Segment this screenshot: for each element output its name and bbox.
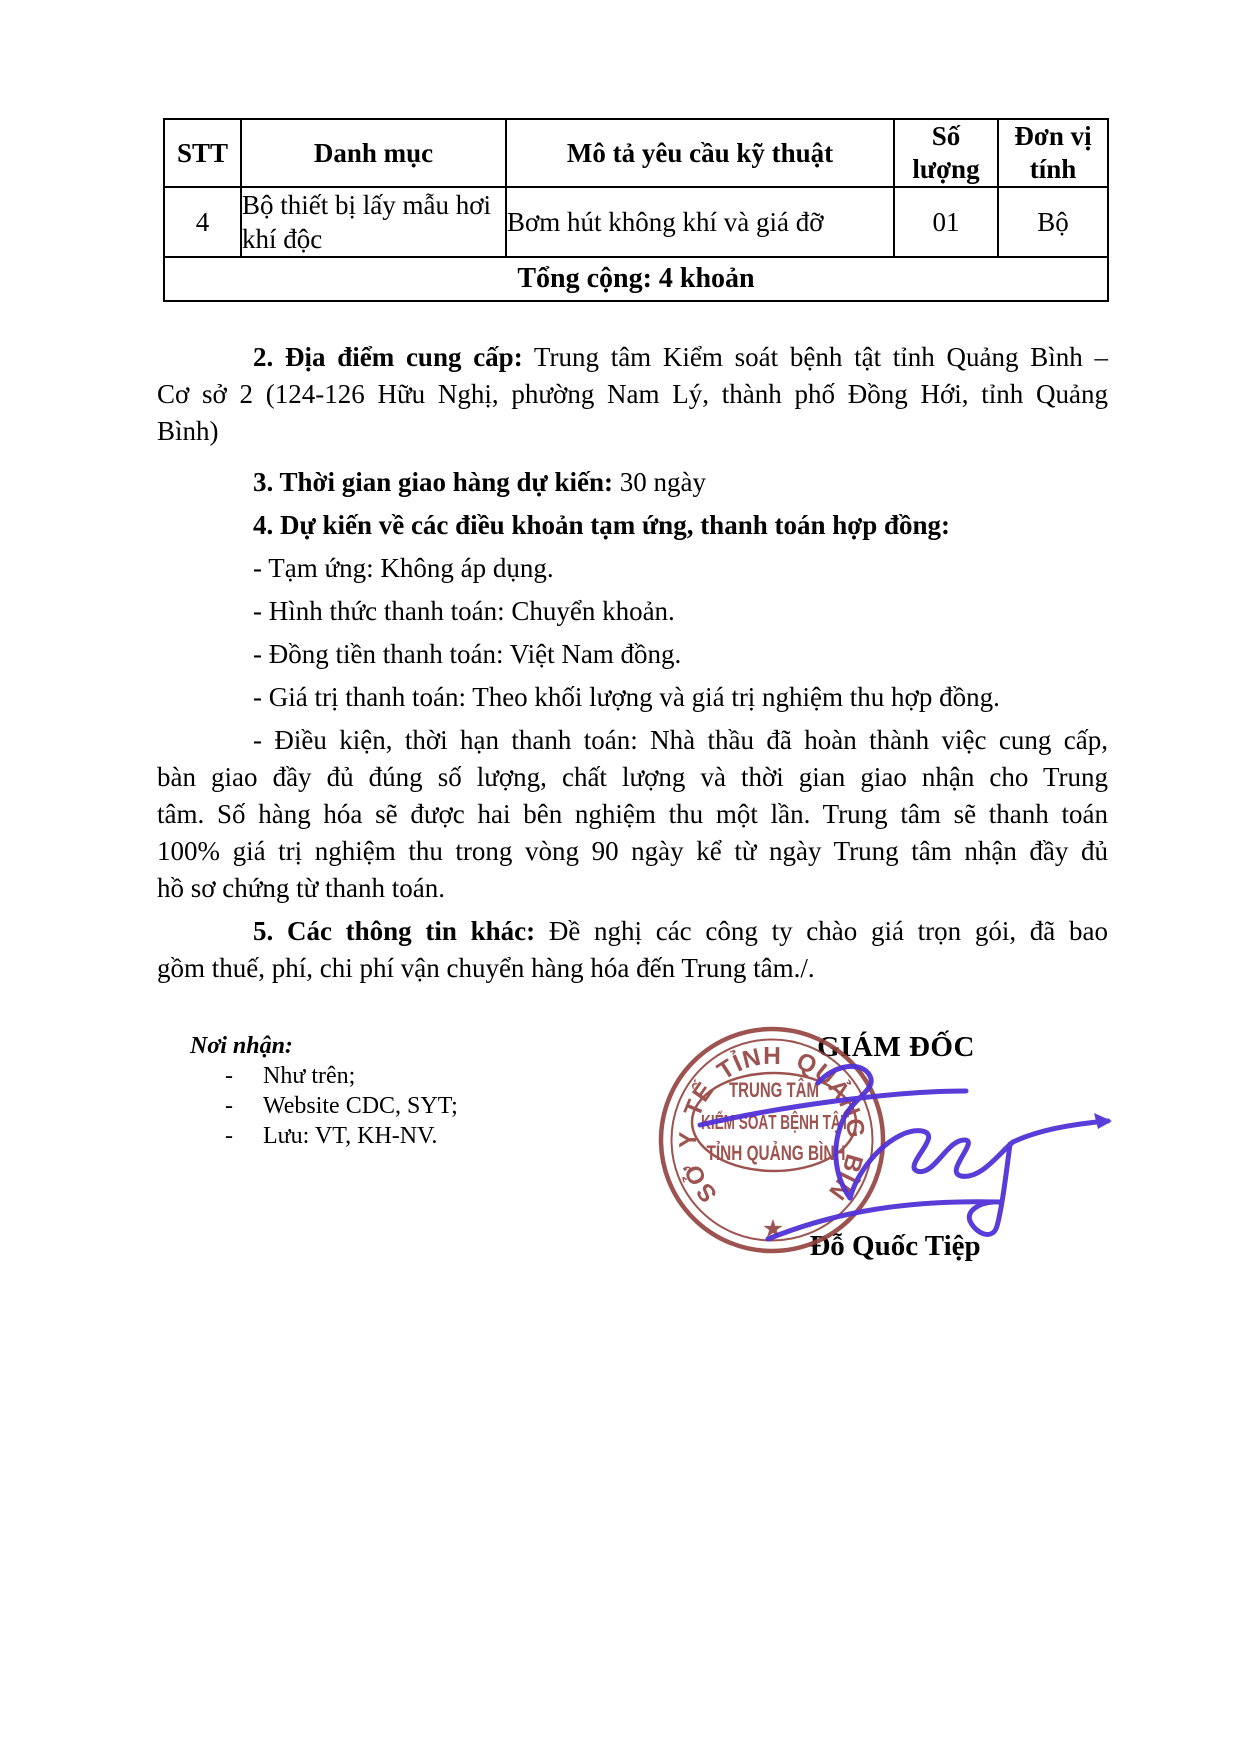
paragraph-10: 5. Các thông tin khác: Đề nghị các công … [157, 913, 1108, 987]
paragraph-7: - Đồng tiền thanh toán: Việt Nam đồng. [157, 636, 1108, 673]
cell-don-vi: Bộ [998, 187, 1108, 257]
table-total-row: Tổng cộng: 4 khoản [164, 257, 1108, 301]
signer-position-title: GIÁM ĐỐC [817, 1031, 975, 1064]
col-header-stt: STT [164, 119, 241, 187]
handwritten-signature [700, 1066, 1112, 1239]
text-line: - Tạm ứng: Không áp dụng. [157, 550, 1108, 587]
signature-stroke-tip [1094, 1113, 1112, 1129]
recipient-text: Lưu: VT, KH-NV. [263, 1123, 437, 1149]
text-line: 5. Các thông tin khác: Đề nghị các công … [157, 913, 1108, 950]
dash-bullet: - [225, 1121, 233, 1151]
paragraph-2-rest: Trung tâm Kiểm soát bệnh tật tỉnh Quảng … [523, 342, 1108, 372]
cell-so-luong: 01 [894, 187, 998, 257]
paragraph-8: - Giá trị thanh toán: Theo khối lượng và… [157, 679, 1108, 716]
paragraph-3-lead: 3. Thời gian giao hàng dự kiến: [253, 467, 613, 497]
table-header-row: STT Danh mục Mô tả yêu cầu kỹ thuật Số l… [164, 119, 1108, 187]
dash-bullet: - [225, 1091, 233, 1121]
text-line: tâm. Số hàng hóa sẽ được hai bên nghiệm … [157, 796, 1108, 833]
paragraph-10-lead: 5. Các thông tin khác: [253, 916, 535, 946]
signature-stroke [700, 1091, 966, 1125]
text-line: - Giá trị thanh toán: Theo khối lượng và… [157, 679, 1108, 716]
col-header-so-luong: Số lượng [894, 119, 998, 187]
items-table: STT Danh mục Mô tả yêu cầu kỹ thuật Số l… [163, 118, 1109, 302]
document-body: 2. Địa điểm cung cấp: Trung tâm Kiểm soá… [157, 339, 1108, 993]
text-line: Cơ sở 2 (124-126 Hữu Nghị, phường Nam Lý… [157, 376, 1108, 413]
text-line: - Điều kiện, thời hạn thanh toán: Nhà th… [157, 722, 1108, 759]
text-line: - Hình thức thanh toán: Chuyển khoản. [157, 593, 1108, 630]
text-line: Bình) [157, 413, 1108, 450]
text-line: bàn giao đầy đủ đúng số lượng, chất lượn… [157, 759, 1108, 796]
text-line: 3. Thời gian giao hàng dự kiến: 30 ngày [157, 464, 1108, 501]
table-row: 4 Bộ thiết bị lấy mẫu hơi khí độc Bơm hú… [164, 187, 1108, 257]
signature-stroke [850, 1131, 1013, 1198]
cell-mo-ta: Bơm hút không khí và giá đỡ [506, 187, 894, 257]
star-icon: ★ [762, 1216, 784, 1243]
col-header-mo-ta: Mô tả yêu cầu kỹ thuật [506, 119, 894, 187]
paragraph-4-lead: 4. Dự kiến về các điều khoản tạm ứng, th… [253, 510, 950, 540]
paragraph-6: - Hình thức thanh toán: Chuyển khoản. [157, 593, 1108, 630]
text-line: gồm thuế, phí, chi phí vận chuyển hàng h… [157, 950, 1108, 987]
recipients-block: Nơi nhận: -Như trên; -Website CDC, SYT; … [190, 1031, 458, 1151]
list-item: -Lưu: VT, KH-NV. [190, 1121, 458, 1151]
cell-stt: 4 [164, 187, 241, 257]
text-line: 100% giá trị nghiệm thu trong vòng 90 ng… [157, 833, 1108, 870]
recipients-title: Nơi nhận: [190, 1031, 458, 1061]
cell-danh-muc: Bộ thiết bị lấy mẫu hơi khí độc [241, 187, 506, 257]
col-header-don-vi: Đơn vị tính [998, 119, 1108, 187]
paragraph-4: 4. Dự kiến về các điều khoản tạm ứng, th… [157, 507, 1108, 544]
signature-stroke [969, 1144, 1010, 1234]
paragraph-5: - Tạm ứng: Không áp dụng. [157, 550, 1108, 587]
col-header-danh-muc: Danh mục [241, 119, 506, 187]
stamp-center-line-1: TRUNG TÂM [729, 1078, 819, 1102]
list-item: -Website CDC, SYT; [190, 1091, 458, 1121]
signature-stroke [1013, 1121, 1108, 1142]
paragraph-3: 3. Thời gian giao hàng dự kiến: 30 ngày [157, 464, 1108, 501]
paragraph-10-rest: Đề nghị các công ty chào giá trọn gói, đ… [535, 916, 1108, 946]
paragraph-3-rest: 30 ngày [613, 467, 706, 497]
list-item: -Như trên; [190, 1061, 458, 1091]
text-line: - Đồng tiền thanh toán: Việt Nam đồng. [157, 636, 1108, 673]
signature-stroke [818, 1066, 871, 1198]
dash-bullet: - [225, 1061, 233, 1091]
stamp-inner-ellipse [692, 1073, 856, 1171]
document-page: STT Danh mục Mô tả yêu cầu kỹ thuật Số l… [0, 0, 1241, 1755]
paragraph-2-lead: 2. Địa điểm cung cấp: [253, 342, 523, 372]
stamp-center-line-2: KIỂM SOÁT BỆNH TẬT [701, 1110, 849, 1134]
text-line: 2. Địa điểm cung cấp: Trung tâm Kiểm soá… [157, 339, 1108, 376]
table-total-label: Tổng cộng: 4 khoản [164, 257, 1108, 301]
text-line: 4. Dự kiến về các điều khoản tạm ứng, th… [157, 507, 1108, 544]
recipient-text: Website CDC, SYT; [263, 1093, 458, 1119]
recipient-text: Như trên; [263, 1063, 355, 1089]
stamp-mid-circle [672, 1040, 873, 1241]
signer-name: Đỗ Quốc Tiệp [809, 1230, 980, 1263]
stamp-center-line-3: TỈNH QUẢNG BÌNH [707, 1140, 846, 1165]
paragraph-9: - Điều kiện, thời hạn thanh toán: Nhà th… [157, 722, 1108, 907]
paragraph-2: 2. Địa điểm cung cấp: Trung tâm Kiểm soá… [157, 339, 1108, 450]
text-line: hồ sơ chứng từ thanh toán. [157, 870, 1108, 907]
